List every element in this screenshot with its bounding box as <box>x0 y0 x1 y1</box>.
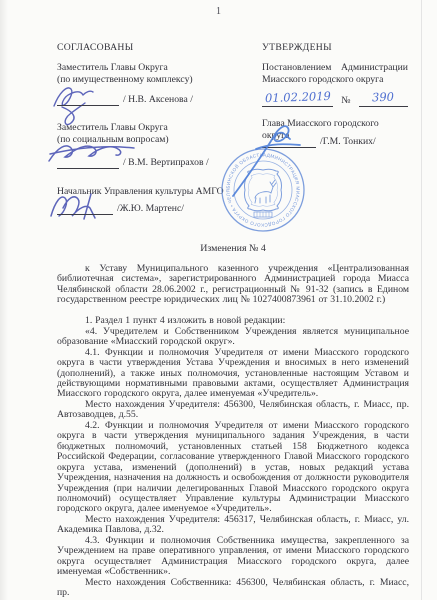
paragraph-founder-address1: Место нахождения Учредителя: 456300, Чел… <box>57 400 409 421</box>
signer3-title: Начальник Управления культуры АМГО <box>57 186 235 198</box>
paragraph-founder-address2: Место нахождения Учредителя: 456317, Чел… <box>57 515 409 536</box>
head-name: /Г.М. Тонких/ <box>320 136 376 148</box>
signer3-name: /Ж.Ю. Мартенс/ <box>117 203 184 215</box>
stamp-elk-figure <box>255 180 276 203</box>
paragraph-clause4-3: 4.3. Функции и полномочия Собственника и… <box>57 536 409 578</box>
signer1-subtitle: (по имущественному комплексу) <box>57 74 235 86</box>
signer3-signature-row: /Ж.Ю. Мартенс/ <box>57 203 235 215</box>
signer2-name: / В.М. Вертипрахов / <box>123 157 209 169</box>
paragraph-owner-address: Место нахождения Собственника: 456300, Ч… <box>57 578 409 599</box>
signature-line <box>57 203 113 215</box>
handwritten-date: 01.02.2019 <box>262 92 333 107</box>
signer1-name: / Н.В. Аксенова / <box>123 94 193 106</box>
signer1-title: Заместитель Главы Округа <box>57 62 235 74</box>
paragraph-clause4-1: 4.1. Функции и полномочия Учредителя от … <box>57 348 409 400</box>
head-signature-row: /Г.М. Тонких/ <box>262 136 408 148</box>
scanned-document-page: 1 СОГЛАСОВАНЫ Заместитель Главы Округа (… <box>0 0 437 600</box>
paragraph-preamble: к Уставу Муниципального казенного учрежд… <box>57 264 409 306</box>
signature-line <box>57 94 119 106</box>
signer2-signature-row: / В.М. Вертипрахов / <box>57 157 235 169</box>
stamp-banner <box>254 212 272 217</box>
page-number: 1 <box>0 6 437 17</box>
resolution-line1: Постановлением Администрации <box>262 62 408 74</box>
signature-line <box>262 136 316 148</box>
signer2-subtitle: (по социальным вопросам) <box>57 134 235 146</box>
resolution-date-row: 01.02.2019 № 390 <box>262 92 408 107</box>
document-body: к Уставу Муниципального казенного учрежд… <box>57 264 409 599</box>
paragraph-clause4: «4. Учредителем и Собственником Учрежден… <box>57 327 409 348</box>
approved-heading: УТВЕРЖДЕНЫ <box>262 42 408 54</box>
handwritten-number: 390 <box>359 92 408 107</box>
stamp-emblem <box>245 169 282 217</box>
resolution-line2: Миасского городского округа <box>262 74 408 86</box>
document-title: Изменения № 4 <box>57 243 409 254</box>
signer1-signature-row: / Н.В. Аксенова / <box>57 94 235 106</box>
paragraph-clause4-2: 4.2. Функции и полномочия Учредителя от … <box>57 421 409 515</box>
agreed-heading: СОГЛАСОВАНЫ <box>57 42 235 54</box>
signature-line <box>57 157 119 169</box>
number-sign: № <box>339 95 352 107</box>
signer2-title: Заместитель Главы Округа <box>57 122 235 134</box>
scan-edge-shadow <box>421 0 422 600</box>
